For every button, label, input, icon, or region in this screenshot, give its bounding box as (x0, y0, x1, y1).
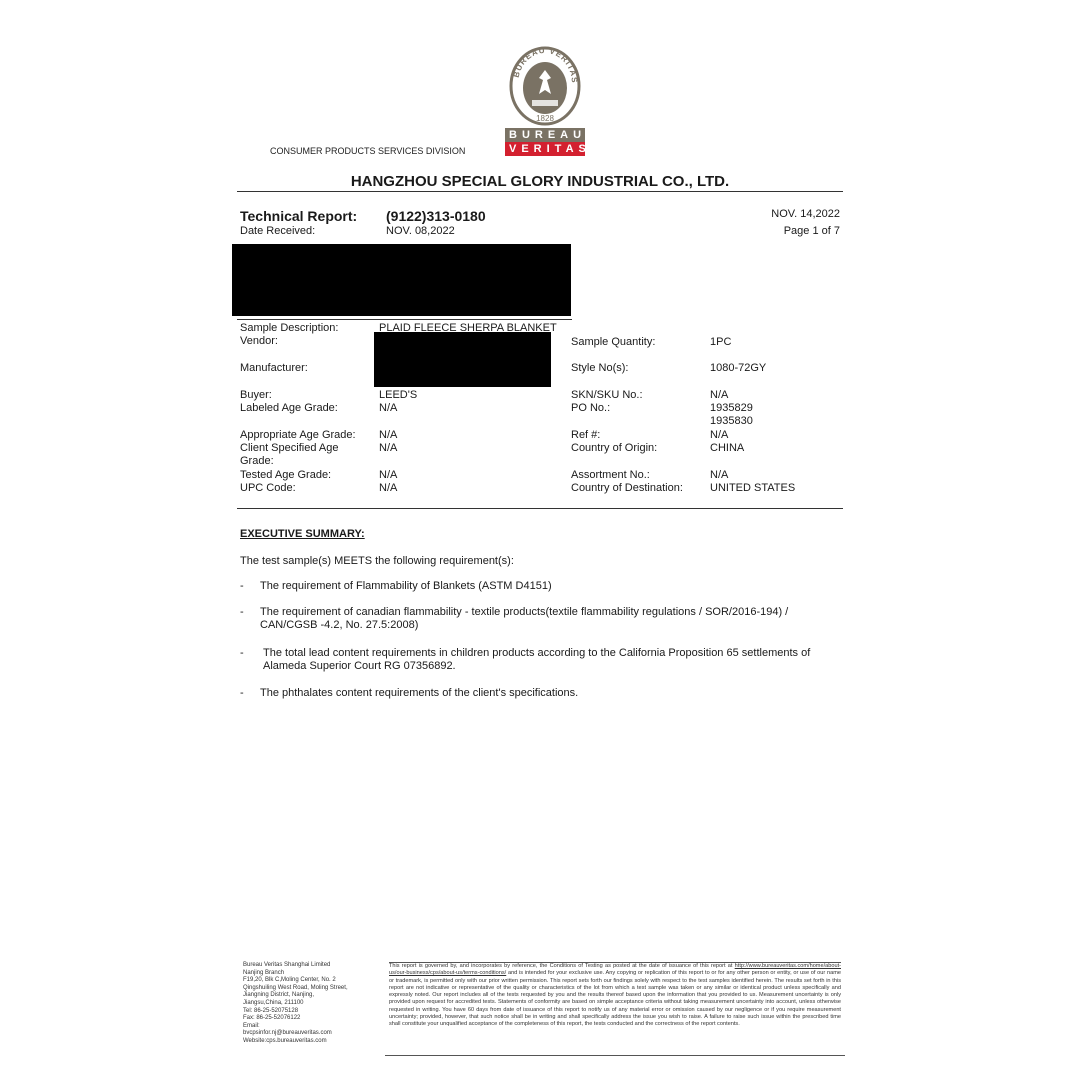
technical-report-number: (9122)313-0180 (386, 208, 486, 224)
field-value-po-no-1: 1935829 (710, 402, 753, 415)
header-divider (237, 191, 843, 192)
bureau-veritas-emblem-icon: BUREAU VERITAS 1828 (508, 46, 582, 126)
field-label-ref: Ref #: (571, 429, 600, 442)
fields-divider (237, 508, 843, 509)
field-value-tested-age-grade: N/A (379, 469, 397, 482)
redaction-block-address (232, 244, 571, 316)
field-label-labeled-age-grade: Labeled Age Grade: (240, 402, 338, 415)
division-label: CONSUMER PRODUCTS SERVICES DIVISION (270, 146, 465, 156)
field-label-client-specified-age-grade: Client Specified Age Grade: (240, 442, 365, 468)
company-name: HANGZHOU SPECIAL GLORY INDUSTRIAL CO., L… (237, 173, 843, 190)
field-label-country-of-destination: Country of Destination: (571, 482, 683, 495)
field-label-skn-sku: SKN/SKU No.: (571, 389, 643, 402)
technical-report-label: Technical Report: (240, 208, 357, 224)
bullet-marker: - (240, 580, 244, 592)
field-value-po-no-2: 1935830 (710, 415, 753, 428)
brand-name-veritas: VERITAS (505, 142, 585, 156)
field-value-appropriate-age-grade: N/A (379, 429, 397, 442)
executive-summary-intro: The test sample(s) MEETS the following r… (240, 555, 514, 567)
field-value-country-of-origin: CHINA (710, 442, 744, 455)
field-value-upc-code: N/A (379, 482, 397, 495)
svg-text:1828: 1828 (536, 114, 554, 123)
field-label-po-no: PO No.: (571, 402, 610, 415)
requirement-item: The phthalates content requirements of t… (260, 687, 850, 700)
field-label-upc-code: UPC Code: (240, 482, 296, 495)
field-value-skn-sku: N/A (710, 389, 728, 402)
bullet-marker: - (240, 687, 244, 699)
report-date: NOV. 14,2022 (771, 208, 840, 220)
date-received-value: NOV. 08,2022 (386, 225, 455, 237)
field-label-country-of-origin: Country of Origin: (571, 442, 657, 455)
redaction-block-vendor-manufacturer (374, 332, 551, 387)
field-value-ref: N/A (710, 429, 728, 442)
executive-summary-title: EXECUTIVE SUMMARY: (240, 528, 365, 540)
field-label-buyer: Buyer: (240, 389, 272, 402)
field-label-tested-age-grade: Tested Age Grade: (240, 469, 331, 482)
requirement-item: The total lead content requirements in c… (263, 647, 848, 673)
requirement-item: The requirement of Flammability of Blank… (260, 580, 850, 593)
requirement-item: The requirement of canadian flammability… (260, 606, 820, 632)
field-value-country-of-destination: UNITED STATES (710, 482, 795, 495)
field-value-client-specified-age-grade: N/A (379, 442, 397, 455)
footer-divider (385, 1055, 845, 1056)
brand-name-bureau: BUREAU (505, 128, 585, 142)
footer-address: Bureau Veritas Shanghai Limited Nanjing … (243, 962, 383, 1046)
bullet-marker: - (240, 647, 244, 659)
field-label-sample-quantity: Sample Quantity: (571, 336, 655, 349)
date-received-label: Date Received: (240, 225, 315, 237)
field-label-sample-description: Sample Description: (240, 322, 338, 335)
page-indicator: Page 1 of 7 (784, 225, 840, 237)
field-label-assortment-no: Assortment No.: (571, 469, 650, 482)
bullet-marker: - (240, 606, 244, 618)
field-label-vendor: Vendor: (240, 335, 278, 348)
field-label-style-no: Style No(s): (571, 362, 628, 375)
field-value-labeled-age-grade: N/A (379, 402, 397, 415)
field-value-style-no: 1080-72GY (710, 362, 766, 375)
field-label-manufacturer: Manufacturer: (240, 362, 308, 375)
footer-terms: This report is governed by, and incorpor… (389, 962, 841, 1029)
field-label-appropriate-age-grade: Appropriate Age Grade: (240, 429, 356, 442)
applicant-divider (237, 319, 572, 320)
field-value-sample-quantity: 1PC (710, 336, 731, 349)
field-value-assortment-no: N/A (710, 469, 728, 482)
field-value-buyer: LEED'S (379, 389, 417, 402)
